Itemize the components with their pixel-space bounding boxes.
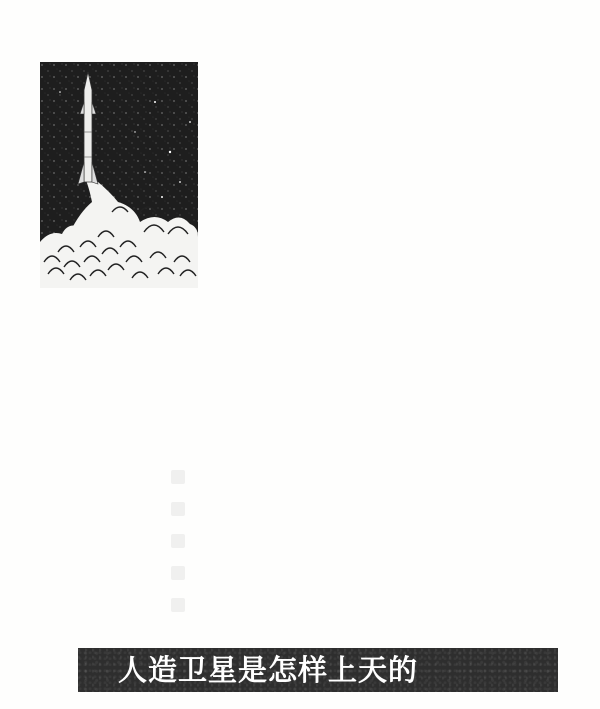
rocket-launch-illustration: [40, 62, 198, 288]
book-page: 人造卫星是怎样上天的: [0, 0, 600, 709]
show-through-marks: [165, 470, 225, 630]
show-through-mark: [171, 534, 185, 548]
rocket-icon: [40, 62, 198, 288]
show-through-mark: [171, 470, 185, 484]
chapter-title: 人造卫星是怎样上天的: [118, 656, 418, 685]
chapter-title-banner: 人造卫星是怎样上天的: [78, 648, 558, 692]
show-through-mark: [171, 598, 185, 612]
show-through-mark: [171, 566, 185, 580]
show-through-mark: [171, 502, 185, 516]
